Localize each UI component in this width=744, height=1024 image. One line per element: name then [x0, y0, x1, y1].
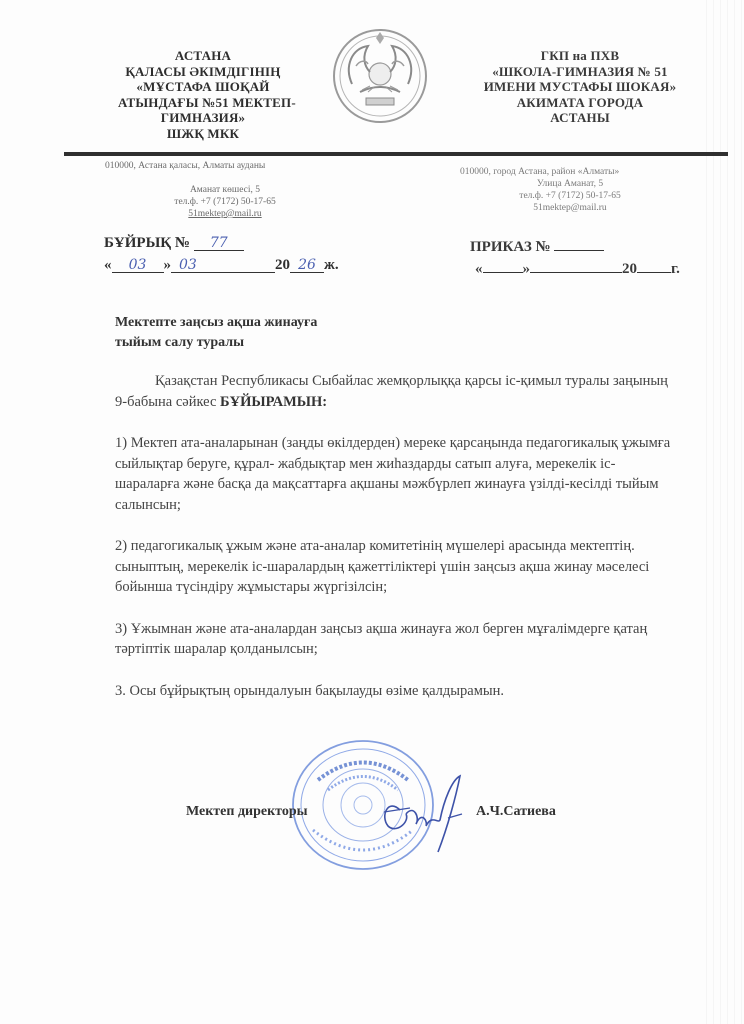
address-line: Аманат көшесі, 5 [105, 184, 305, 196]
org-line: ГКП на ПХВ [480, 48, 680, 64]
address-line: 010000, Астана қаласы, Алматы ауданы [105, 160, 305, 172]
year-prefix: 20 [275, 257, 290, 273]
title-line: Мектепте заңсыз ақша жинауға [115, 313, 317, 333]
order-item: 2) педагогикалық ұжым және ата-аналар ко… [115, 536, 675, 598]
org-line: «МҰСТАФА ШОҚАЙ [118, 79, 288, 95]
signatory-name: А.Ч.Сатиева [476, 804, 556, 820]
year-prefix: 20 [622, 261, 637, 277]
header-left-org: АСТАНА ҚАЛАСЫ ӘКІМДІГІНІҢ «МҰСТАФА ШОҚАЙ… [118, 48, 288, 141]
signature-position: Мектеп директоры [186, 804, 308, 820]
order-item: 1) Мектеп ата-аналарынан (заңды өкілдерд… [115, 433, 675, 515]
header-right-org: ГКП на ПХВ «ШКОЛА-ГИМНАЗИЯ № 51 ИМЕНИ МУ… [480, 48, 680, 126]
address-left: 010000, Астана қаласы, Алматы ауданы Ама… [105, 160, 305, 220]
order-year-field[interactable]: 26 [290, 257, 324, 273]
document-title: Мектепте заңсыз ақша жинауға тыйым салу … [115, 313, 317, 353]
preamble: Қазақстан Республикасы Сыбайлас жемқорлы… [115, 371, 675, 412]
preamble-text: Қазақстан Республикасы Сыбайлас жемқорлы… [115, 373, 668, 410]
order-day-field[interactable]: 03 [112, 257, 164, 273]
phone: тел.ф. +7 (7172) 50-17-65 [460, 190, 660, 202]
quote: « [104, 257, 112, 273]
org-line: «ШКОЛА-ГИМНАЗИЯ № 51 [480, 64, 680, 80]
order-kz: БҰЙРЫҚ № 77 [104, 235, 244, 252]
phone: тел.ф. +7 (7172) 50-17-65 [105, 196, 305, 208]
org-line: АСТАНЫ [480, 110, 680, 126]
order-year-field[interactable] [637, 257, 671, 273]
order-number-field[interactable]: 77 [194, 235, 244, 251]
order-month-field[interactable]: 03 [171, 257, 275, 273]
address-line: Улица Аманат, 5 [460, 178, 660, 190]
email-link[interactable]: 51mektep@mail.ru [460, 202, 660, 214]
org-line: ГИМНАЗИЯ» [118, 110, 288, 126]
year-unit: г. [671, 261, 680, 277]
year-unit: ж. [324, 257, 339, 273]
order-label: БҰЙРЫҚ № [104, 235, 190, 251]
email-link[interactable]: 51mektep@mail.ru [105, 208, 305, 220]
spacer [115, 412, 675, 433]
header-divider [64, 152, 728, 156]
org-line: АТЫНДАҒЫ №51 МЕКТЕП- [118, 95, 288, 111]
order-label: ПРИКАЗ № [470, 239, 551, 255]
order-ru: ПРИКАЗ № [470, 235, 604, 256]
org-line: ҚАЛАСЫ ӘКІМДІГІНІҢ [118, 64, 288, 80]
address-line: 010000, город Астана, район «Алматы» [460, 166, 660, 178]
order-month-field[interactable] [530, 257, 622, 273]
quote: » [523, 261, 531, 277]
order-date-kz: «03»032026ж. [104, 257, 339, 274]
org-line: АСТАНА [118, 48, 288, 64]
quote: » [164, 257, 172, 273]
order-item: 3) Ұжымнан және ата-аналардан заңсыз ақш… [115, 619, 675, 660]
order-date-ru: «»20г. [475, 257, 680, 278]
order-number-field[interactable] [554, 235, 604, 251]
handwritten-signature-icon [370, 770, 470, 860]
address-right: 010000, город Астана, район «Алматы» Ули… [460, 166, 660, 214]
org-line: АКИМАТА ГОРОДА [480, 95, 680, 111]
kazakhstan-emblem-icon [330, 26, 430, 126]
document-body: Қазақстан Республикасы Сыбайлас жемқорлы… [115, 371, 675, 701]
order-day-field[interactable] [483, 257, 523, 273]
spacer [115, 515, 675, 536]
org-line: ИМЕНИ МУСТАФЫ ШОКАЯ» [480, 79, 680, 95]
spacer [115, 598, 675, 619]
title-line: тыйым салу туралы [115, 333, 317, 353]
order-directive: БҰЙЫРАМЫН: [220, 394, 327, 410]
spacer [115, 660, 675, 681]
order-item: 3. Осы бұйрықтың орындалуын бақылауды өз… [115, 681, 675, 702]
quote: « [475, 261, 483, 277]
org-line: ШЖҚ МКК [118, 126, 288, 142]
